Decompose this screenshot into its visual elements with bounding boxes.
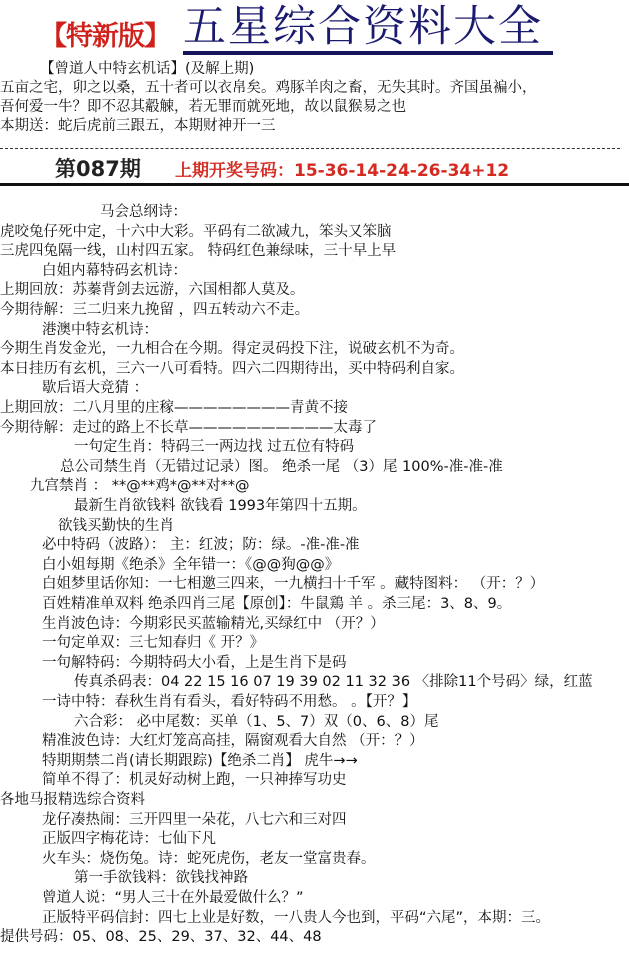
content-line: 上期回放：二八月里的庄稼————————青黄不接 xyxy=(0,399,348,418)
content-line: 今期待解：三二归来九挽留 ，四五转动六不走。 xyxy=(0,301,309,320)
content-line: 提供号码：05、08、25、29、37、32、44、48 xyxy=(0,928,322,947)
content-line: 必中特码（波路）： 主：红波；防：绿。-准-准-准 xyxy=(42,536,360,555)
content-line: 虎咬兔仔死中定，十六中大彩。平码有二欲减九，笨头又笨脑 xyxy=(0,223,392,242)
content-line: 今期生肖发金光，一九相合在今期。得定灵码投下注，说破玄机不为奇。 xyxy=(0,340,464,359)
content-line: 本日挂历有玄机，三六一八可看特。四六二四期待出，买中特码利自家。 xyxy=(0,360,464,379)
page-header: 【特新版】 五星综合资料大全 xyxy=(0,0,629,60)
edition-badge: 【特新版】 xyxy=(40,14,170,53)
content-line: 一诗中特：春秋生肖有看头，看好特码不用愁。 。【开？】 xyxy=(42,693,416,712)
content-line: 马会总纲诗： xyxy=(100,203,187,222)
content-line: 欲钱买勤快的生肖 xyxy=(58,517,174,536)
content-line: 正版特平码信封：四七上业是好数，一八贵人今也到，平码“六尾”，本期：三。 xyxy=(42,909,550,928)
content-line: 各地马报精选综合资料 xyxy=(0,791,145,810)
content-line: 第一手欲钱料：欲钱找神路 xyxy=(74,869,248,888)
content-line: 白姐梦里话你知：一七相邀三四来，一九横扫十千军 。藏特图料： （开：？） xyxy=(42,575,544,594)
content-line: 三虎四兔隔一线，山村四五家。 特码红色兼绿味，三十早上早 xyxy=(0,242,396,261)
content-line: 一句解特码：今期特码大小看，上是生肖下是码 xyxy=(42,654,347,673)
intro-line: 五亩之宅，卯之以桑，五十者可以衣帛矣。鸡豚羊肉之畜，无失其时。齐国虽褊小， xyxy=(0,79,537,98)
content-line: 港澳中特玄机诗： xyxy=(42,321,158,340)
content-line: 曾道人说：“男人三十在外最爱做什么？” xyxy=(42,889,304,908)
content-line: 正版四字梅花诗：七仙下凡 xyxy=(42,830,216,849)
content-line: 简单不得了：机灵好动树上跑，一只神捧写功史 xyxy=(42,771,347,790)
content-line: 六合彩： 必中尾数：买单（1、5、7）双（0、6、8）尾 xyxy=(74,713,438,732)
title-underline xyxy=(183,51,553,55)
content-line: 上期回放：苏蓁背剑去远游，六国相都人莫及。 xyxy=(0,281,305,300)
content-line: 白小姐每期《绝杀》全年错一：《@@狗@@》 xyxy=(42,556,339,575)
last-draw-numbers: 上期开奖号码：15-36-14-24-26-34+12 xyxy=(175,156,509,181)
issue-number: 第087期 xyxy=(55,153,141,183)
content-line: 一句定单双：三七知春归《 开？》 xyxy=(42,634,264,653)
intro-heading: 【曾道人中特玄机话】(及解上期) xyxy=(40,60,254,79)
content-line: 百姓精准单双料 绝杀四肖三尾【原创】：牛鼠鶏 羊 。杀三尾：3、8、9。 xyxy=(42,595,511,614)
content-line: 龙仔凑热闹：三开四里一朵花，八七六和三对四 xyxy=(42,811,347,830)
content-line: 总公司禁生肖（无错过记录）图。 绝杀一尾 （3）尾 100%-准-准-准 xyxy=(60,458,503,477)
intro-line: 吾何爱一牛？即不忍其觳觫，若无罪而就死地，故以鼠猴易之也 xyxy=(0,98,406,117)
content-line: 歇后语大竞猜 ： xyxy=(42,379,148,398)
issue-underline xyxy=(0,183,629,186)
content-line: 九宫禁肖 ： **@**鸡*@**对**@ xyxy=(30,477,249,496)
page-title: 五星综合资料大全 xyxy=(183,2,543,52)
content-line: 生肖波色诗：今期彩民买蓝输精光,买绿红中 （开？） xyxy=(42,615,385,634)
content-line: 最新生肖欲钱料 欲钱看 1993年第四十五期。 xyxy=(74,497,367,516)
content-line: 传真杀码表：04 22 15 16 07 19 39 02 11 32 36 〈… xyxy=(74,673,593,692)
content-line: 今期待解：走过的路上不长草——————————太毒了 xyxy=(0,419,377,438)
content-line: 一句定生肖：特码三一两边找 过五位有特码 xyxy=(74,438,354,457)
content-line: 精准波色诗：大红灯笼高高挂，隔窗观看大自然 （开：？） xyxy=(42,732,424,751)
content-line: 特期期禁二肖(请长期跟踪)【绝杀二肖】 虎牛→→ xyxy=(42,752,358,771)
issue-bar: 第087期 上期开奖号码：15-36-14-24-26-34+12 xyxy=(0,150,629,184)
divider xyxy=(0,148,620,149)
content-line: 火车头：烧伤兔。诗：蛇死虎伤，老友一堂富贵春。 xyxy=(42,850,376,869)
content-line: 白姐内幕特码玄机诗： xyxy=(42,262,187,281)
intro-line: 本期送：蛇后虎前三跟五，本期财神开一三 xyxy=(0,117,276,136)
